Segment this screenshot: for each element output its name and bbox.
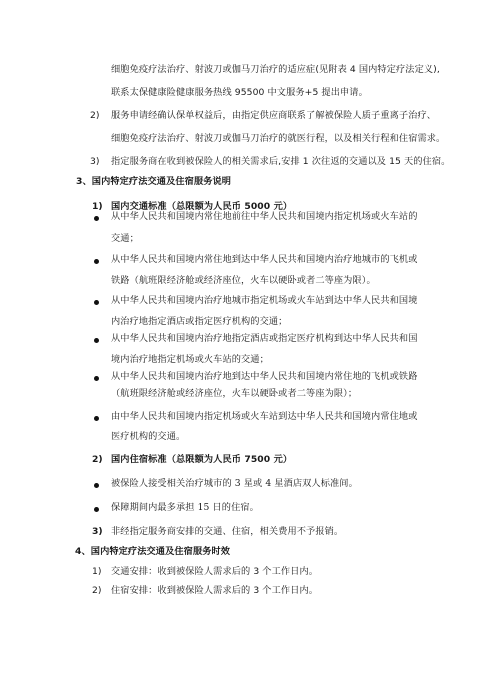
bullet-text: 从中华人民共和国境内治疗地城市指定机场或火车站到达中华人民共和国境 (111, 295, 418, 307)
item-text: 住宿安排：收到被保险人需求后的 3 个工作日内。 (111, 585, 318, 597)
bullet-icon (94, 483, 99, 488)
bullet-text: （航班限经济舱或经济座位，火车以硬卧或者二等座为限）； (111, 388, 357, 400)
bullet-text: 医疗机构的交通。 (111, 431, 185, 443)
subsection-number: 1) (92, 201, 103, 213)
bullet-text: 从中华人民共和国境内常住地到达中华人民共和国境内治疗地城市的飞机或 (111, 254, 418, 266)
subsection-text: 非经指定服务商安排的交通、住宿，相关费用不予报销。 (111, 526, 343, 538)
bullet-text: 交通； (111, 233, 139, 245)
section-heading: 4、国内特定疗法交通及住宿服务时效 (75, 546, 230, 558)
bullet-text: 从中华人民共和国境内治疗地指定酒店或指定医疗机构到达中华人民共和国 (111, 333, 418, 345)
bullet-text: 铁路（航班限经济舱或经济座位，火车以硬卧或者二等座为限）。 (111, 275, 376, 287)
step-number: 2) (90, 110, 99, 122)
bullet-text: 从中华人民共和国境内常住地前往中华人民共和国境内指定机场或火车站的 (111, 211, 418, 223)
bullet-icon (94, 259, 99, 264)
step-text: 指定服务商在收到被保险人的相关需求后,安排 1 次往返的交通以及 15 天的住宿… (111, 156, 450, 168)
item-number: 2) (92, 585, 101, 597)
paragraph-line: 细胞免疫疗法治疗、射波刀或伽马刀治疗的适应症(见附表 4 国内特定疗法定义), (111, 64, 440, 76)
subsection-number: 2) (92, 454, 103, 466)
step-number: 3) (90, 156, 99, 168)
subsection-heading: 国内住宿标准（总限额为人民币 7500 元） (111, 454, 292, 466)
bullet-text: 保障期间内最多承担 15 日的住宿。 (111, 502, 259, 514)
bullet-text: 由中华人民共和国境内指定机场或火车站到达中华人民共和国境内常住地或 (111, 411, 418, 423)
bullet-text: 从中华人民共和国境内治疗地到达中华人民共和国境内常住地的飞机或铁路 (111, 371, 418, 383)
bullet-icon (94, 300, 99, 305)
step-text: 服务申请经确认保单权益后，由指定供应商联系了解被保险人质子重离子治疗、 (111, 110, 436, 122)
bullet-text: 被保险人接受相关治疗城市的 3 星或 4 星酒店双人标准间。 (111, 478, 358, 490)
bullet-icon (94, 507, 99, 512)
bullet-icon (94, 416, 99, 421)
bullet-icon (94, 376, 99, 381)
bullet-text: 内治疗地指定酒店或指定医疗机构的交通； (111, 316, 287, 328)
item-number: 1) (92, 566, 101, 578)
subsection-number: 3) (92, 526, 103, 538)
bullet-icon (94, 216, 99, 221)
item-text: 交通安排：收到被保险人需求后的 3 个工作日内。 (111, 566, 318, 578)
bullet-icon (94, 338, 99, 343)
paragraph-line: 联系太保健康险健康服务热线 95500 中文服务+5 提出申请。 (111, 87, 368, 99)
step-text: 细胞免疫疗法治疗、射波刀或伽马刀治疗的就医行程，以及相关行程和住宿需求。 (111, 133, 445, 145)
bullet-text: 境内治疗地指定机场或火车站的交通； (111, 354, 269, 366)
section-heading: 3、国内特定疗法交通及住宿服务说明 (76, 176, 231, 188)
